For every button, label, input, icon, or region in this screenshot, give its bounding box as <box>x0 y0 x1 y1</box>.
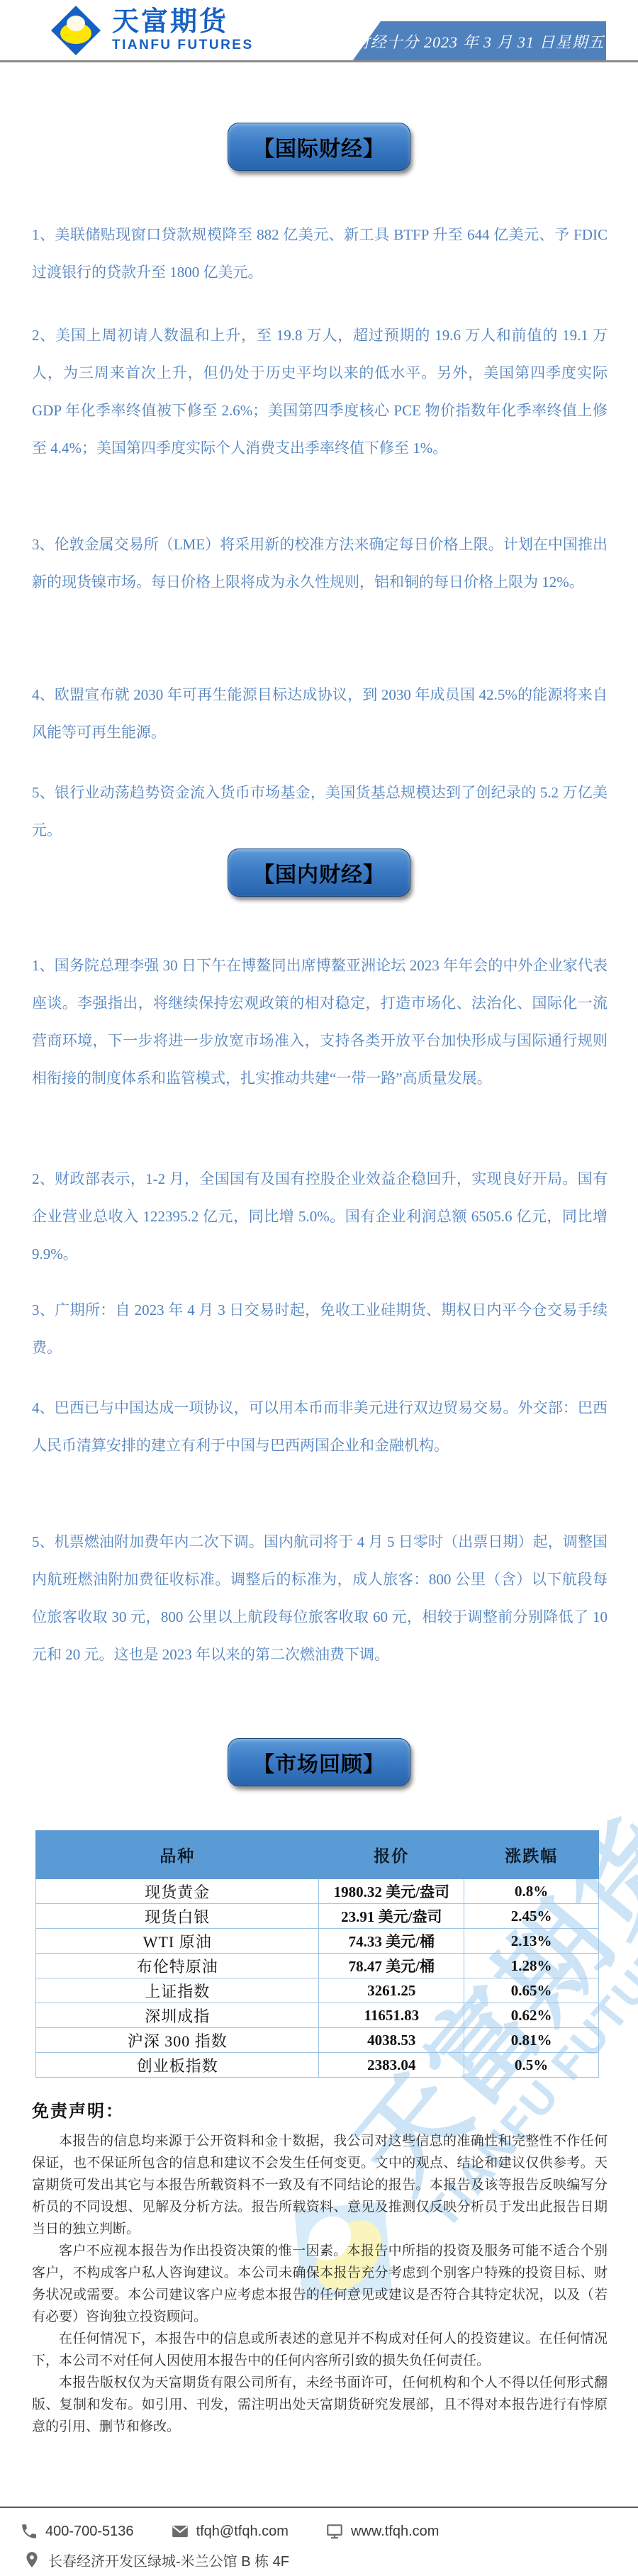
header-divider <box>0 60 638 62</box>
table-row: WTI 原油74.33 美元/桶2.13% <box>36 1929 599 1954</box>
section-button-domestic: 【国内财经】 <box>228 849 410 897</box>
cell-variety: WTI 原油 <box>36 1929 319 1954</box>
cell-quote: 3261.25 <box>319 1978 464 2003</box>
cell-change: 0.62% <box>464 2003 599 2028</box>
cell-variety: 布伦特原油 <box>36 1954 319 1978</box>
table-row: 深圳成指11651.830.62% <box>36 2003 599 2028</box>
location-icon <box>23 2550 41 2569</box>
intl-item-4: 4、欧盟宣布就 2030 年可再生能源目标达成协议，到 2030 年成员国 42… <box>32 676 608 751</box>
cell-quote: 1980.32 美元/盎司 <box>319 1879 464 1904</box>
cell-change: 1.28% <box>464 1954 599 1978</box>
section-button-market-review: 【市场回顾】 <box>228 1738 410 1786</box>
intl-item-5: 5、银行业动荡趋势资金流入货币市场基金，美国货基总规模达到了创纪录的 5.2 万… <box>32 774 608 849</box>
table-row: 现货黄金1980.32 美元/盎司0.8% <box>36 1879 599 1904</box>
domestic-item-1: 1、国务院总理李强 30 日下午在博鳌同出席博鳌亚洲论坛 2023 年年会的中外… <box>32 947 608 1097</box>
table-row: 沪深 300 指数4038.530.81% <box>36 2028 599 2053</box>
cell-variety: 深圳成指 <box>36 2003 319 2028</box>
intl-item-2: 2、美国上周初请人数温和上升，至 19.8 万人，超过预期的 19.6 万人和前… <box>32 317 608 467</box>
disclaimer-paragraph-2: 客户不应视本报告为作出投资决策的惟一因素。本报告中所指的投资及服务可能不适合个别… <box>32 2240 608 2328</box>
phone-icon <box>20 2522 38 2541</box>
tianfu-diamond-logo-icon <box>51 6 101 55</box>
email-icon <box>171 2522 189 2541</box>
domestic-item-4: 4、巴西已与中国达成一项协议，可以用本币而非美元进行双边贸易交易。外交部：巴西人… <box>32 1389 608 1465</box>
cell-change: 2.45% <box>464 1904 599 1929</box>
table-row: 上证指数3261.250.65% <box>36 1978 599 2003</box>
col-header-change: 涨跌幅 <box>464 1831 599 1879</box>
website-url[interactable]: www.tfqh.com <box>351 2524 439 2540</box>
intl-item-3: 3、伦敦金属交易所（LME）将采用新的校准方法来确定每日价格上限。计划在中国推出… <box>32 526 608 601</box>
market-table: 品种 报价 涨跌幅 现货黄金1980.32 美元/盎司0.8% 现货白银23.9… <box>35 1830 599 2078</box>
cell-variety: 现货黄金 <box>36 1879 319 1904</box>
cell-variety: 上证指数 <box>36 1978 319 2003</box>
cell-variety: 创业板指数 <box>36 2053 319 2078</box>
cell-change: 0.81% <box>464 2028 599 2053</box>
section-button-international: 【国际财经】 <box>228 123 410 171</box>
disclaimer-heading: 免责声明： <box>32 2097 608 2122</box>
newsletter-page: 天富期货 TIANFU FUTURES 财经十分 2023 年 3 月 31 日… <box>0 0 638 2576</box>
cell-variety: 沪深 300 指数 <box>36 2028 319 2053</box>
footer-divider <box>0 2507 638 2508</box>
brand-logo: 天富期货 TIANFU FUTURES <box>51 6 254 55</box>
cell-change: 0.65% <box>464 1978 599 2003</box>
domestic-item-3: 3、广期所：自 2023 年 4 月 3 日交易时起，免收工业硅期货、期权日内平… <box>32 1292 608 1367</box>
website-icon <box>325 2522 344 2541</box>
table-row: 现货白银23.91 美元/盎司2.45% <box>36 1904 599 1929</box>
cell-quote: 11651.83 <box>319 2003 464 2028</box>
disclaimer-section: 免责声明： 本报告的信息均来源于公开资料和金十数据，我公司对这些信息的准确性和完… <box>32 2097 608 2438</box>
domestic-item-2: 2、财政部表示，1-2 月，全国国有及国有控股企业效益企稳回升，实现良好开局。国… <box>32 1160 608 1273</box>
intl-item-1: 1、美联储贴现窗口贷款规模降至 882 亿美元、新工具 BTFP 升至 644 … <box>32 216 608 291</box>
address-text: 长春经济开发区绿城-米兰公馆 B 栋 4F <box>48 2550 289 2570</box>
disclaimer-paragraph-4: 本报告版权仅为天富期货有限公司所有，未经书面许可，任何机构和个人不得以任何形式翻… <box>32 2372 608 2438</box>
col-header-variety: 品种 <box>36 1831 319 1879</box>
email-address[interactable]: tfqh@tfqh.com <box>196 2524 289 2540</box>
brand-name-cn: 天富期货 <box>112 8 254 38</box>
cell-quote: 23.91 美元/盎司 <box>319 1904 464 1929</box>
disclaimer-paragraph-3: 在任何情况下，本报告中的信息或所表述的意见并不构成对任何人的投资建议。在任何情况… <box>32 2328 608 2372</box>
cell-quote: 4038.53 <box>319 2028 464 2053</box>
phone-number: 400-700-5136 <box>45 2524 134 2540</box>
table-row: 创业板指数2383.040.5% <box>36 2053 599 2078</box>
cell-change: 0.8% <box>464 1879 599 1904</box>
cell-quote: 74.33 美元/桶 <box>319 1929 464 1954</box>
col-header-quote: 报价 <box>319 1831 464 1879</box>
cell-change: 2.13% <box>464 1929 599 1954</box>
cell-quote: 2383.04 <box>319 2053 464 2078</box>
cell-variety: 现货白银 <box>36 1904 319 1929</box>
brand-name-en: TIANFU FUTURES <box>112 38 254 53</box>
domestic-item-5: 5、机票燃油附加费年内二次下调。国内航司将于 4 月 5 日零时（出票日期）起，… <box>32 1523 608 1674</box>
footer: 400-700-5136 tfqh@tfqh.com www.tfqh.com <box>0 2518 638 2573</box>
table-row: 布伦特原油78.47 美元/桶1.28% <box>36 1954 599 1978</box>
date-banner: 财经十分 2023 年 3 月 31 日星期五 <box>352 21 606 61</box>
header: 天富期货 TIANFU FUTURES 财经十分 2023 年 3 月 31 日… <box>0 0 638 64</box>
disclaimer-paragraph-1: 本报告的信息均来源于公开资料和金十数据，我公司对这些信息的准确性和完整性不作任何… <box>32 2130 608 2240</box>
table-header-row: 品种 报价 涨跌幅 <box>36 1831 599 1879</box>
cell-quote: 78.47 美元/桶 <box>319 1954 464 1978</box>
cell-change: 0.5% <box>464 2053 599 2078</box>
